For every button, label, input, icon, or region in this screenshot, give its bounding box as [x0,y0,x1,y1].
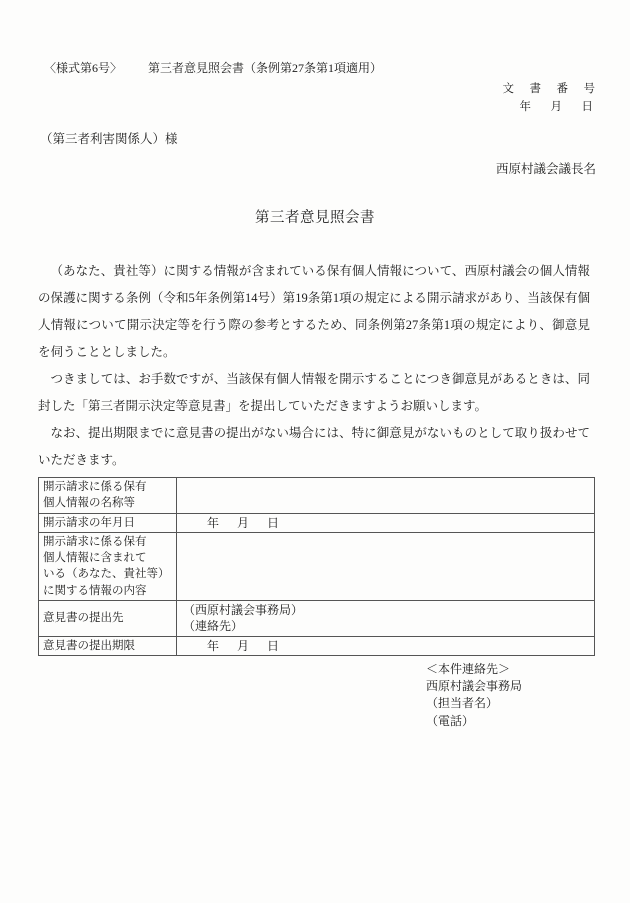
body-paragraph-3: なお、提出期限までに意見書の提出がない場合には、特に御意見がないものとして取り扱… [38,420,590,474]
row-value-request-date: 年 月 日 [177,513,595,532]
row-value-submit-to: （西原村議会事務局） （連絡先） [177,601,595,637]
contact-line-phone: （電話） [426,713,522,730]
contact-block: ＜本件連絡先＞ 西原村議会事務局 （担当者名） （電話） [426,661,522,730]
form-heading-label: 第三者意見照会書（条例第27条第1項適用） [148,60,382,76]
table-row-content: 開示請求に係る保有 個人情報に含まれて いる（あなた、貴社等） に関する情報の内… [39,532,595,600]
request-info-table: 開示請求に係る保有 個人情報の名称等 開示請求の年月日 年 月 日 開示請求に係… [38,477,595,656]
row-value-deadline: 年 月 日 [177,636,595,655]
body-text: （あなた、貴社等）に関する情報が含まれている保有個人情報について、西原村議会の個… [38,258,590,474]
addressee-line: （第三者利害関係人）様 [40,129,178,147]
sender-line: 西原村議会議長名 [496,159,596,177]
table-row-deadline: 意見書の提出期限 年 月 日 [39,636,595,655]
doc-date-line: 年 月 日 [520,98,598,114]
doc-number-line: 文 書 番 号 [503,80,598,96]
document-title: 第三者意見照会書 [0,206,630,227]
contact-line-person: （担当者名） [426,695,522,712]
contact-heading: ＜本件連絡先＞ [426,661,522,678]
table-row-name: 開示請求に係る保有 個人情報の名称等 [39,478,595,514]
document-page: 〈様式第6号〉 第三者意見照会書（条例第27条第1項適用） 文 書 番 号 年 … [0,0,630,903]
row-label-content: 開示請求に係る保有 個人情報に含まれて いる（あなた、貴社等） に関する情報の内… [39,532,177,600]
table-row-request-date: 開示請求の年月日 年 月 日 [39,513,595,532]
table-row-submit-to: 意見書の提出先 （西原村議会事務局） （連絡先） [39,601,595,637]
contact-line-office: 西原村議会事務局 [426,678,522,695]
row-label-submit-to: 意見書の提出先 [39,601,177,637]
row-label-deadline: 意見書の提出期限 [39,636,177,655]
form-header-line: 〈様式第6号〉 第三者意見照会書（条例第27条第1項適用） [44,60,382,76]
form-number-label: 〈様式第6号〉 [44,60,122,76]
row-label-request-date: 開示請求の年月日 [39,513,177,532]
row-label-name: 開示請求に係る保有 個人情報の名称等 [39,478,177,514]
row-value-name [177,478,595,514]
row-value-content [177,532,595,600]
body-paragraph-1: （あなた、貴社等）に関する情報が含まれている保有個人情報について、西原村議会の個… [38,258,590,366]
body-paragraph-2: つきましては、お手数ですが、当該保有個人情報を開示することにつき御意見があるとき… [38,366,590,420]
